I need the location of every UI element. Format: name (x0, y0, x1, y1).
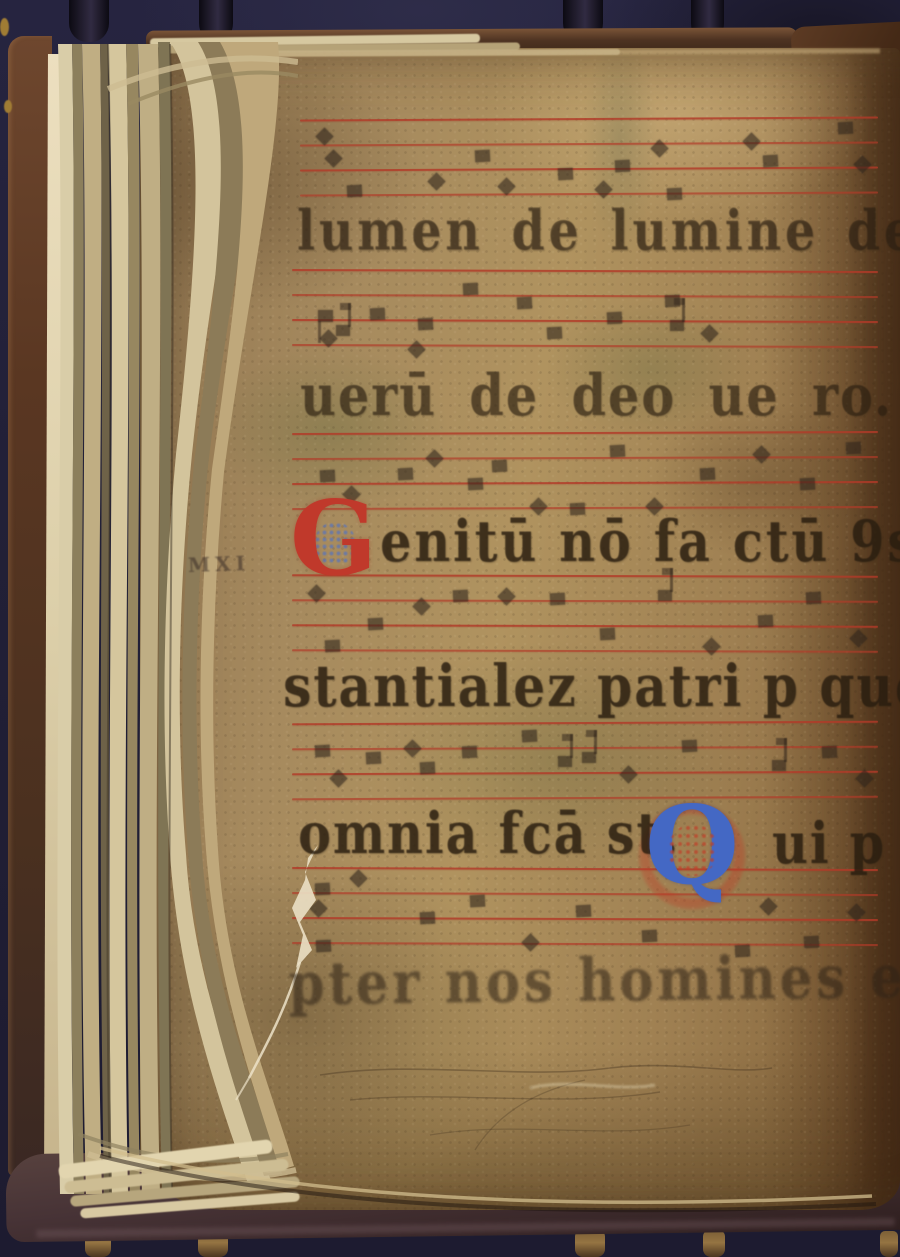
parchment-tear (236, 1078, 249, 1100)
scratch-marks (530, 1084, 655, 1088)
chant-text-line: pter nos homines et (288, 940, 900, 1018)
scratch-marks (350, 1092, 660, 1100)
filigree-ornament (668, 824, 718, 876)
chant-text-line: lumen de lumine deu (297, 198, 900, 263)
scratch-marks (430, 1125, 690, 1135)
chant-text-line: omnia fcā st. (298, 800, 680, 867)
page-details (0, 0, 900, 1257)
chant-text-line: ui p (772, 810, 886, 877)
manuscript-photo: lumen de lumine deu uerū de deo ue ro. G… (0, 0, 900, 1257)
chant-text-line: stantialez patri p quē (283, 652, 900, 720)
scratch-marks (320, 1066, 772, 1075)
scratch-marks (475, 1080, 585, 1150)
page-bottom-edge (100, 1148, 872, 1202)
initial-G: G (290, 494, 377, 586)
chant-text-line: enitū nō fa ctū 9su (380, 508, 900, 575)
margin-annotation: MXI (188, 551, 251, 577)
chant-text-line: uerū de deo ue ro. (300, 362, 893, 429)
